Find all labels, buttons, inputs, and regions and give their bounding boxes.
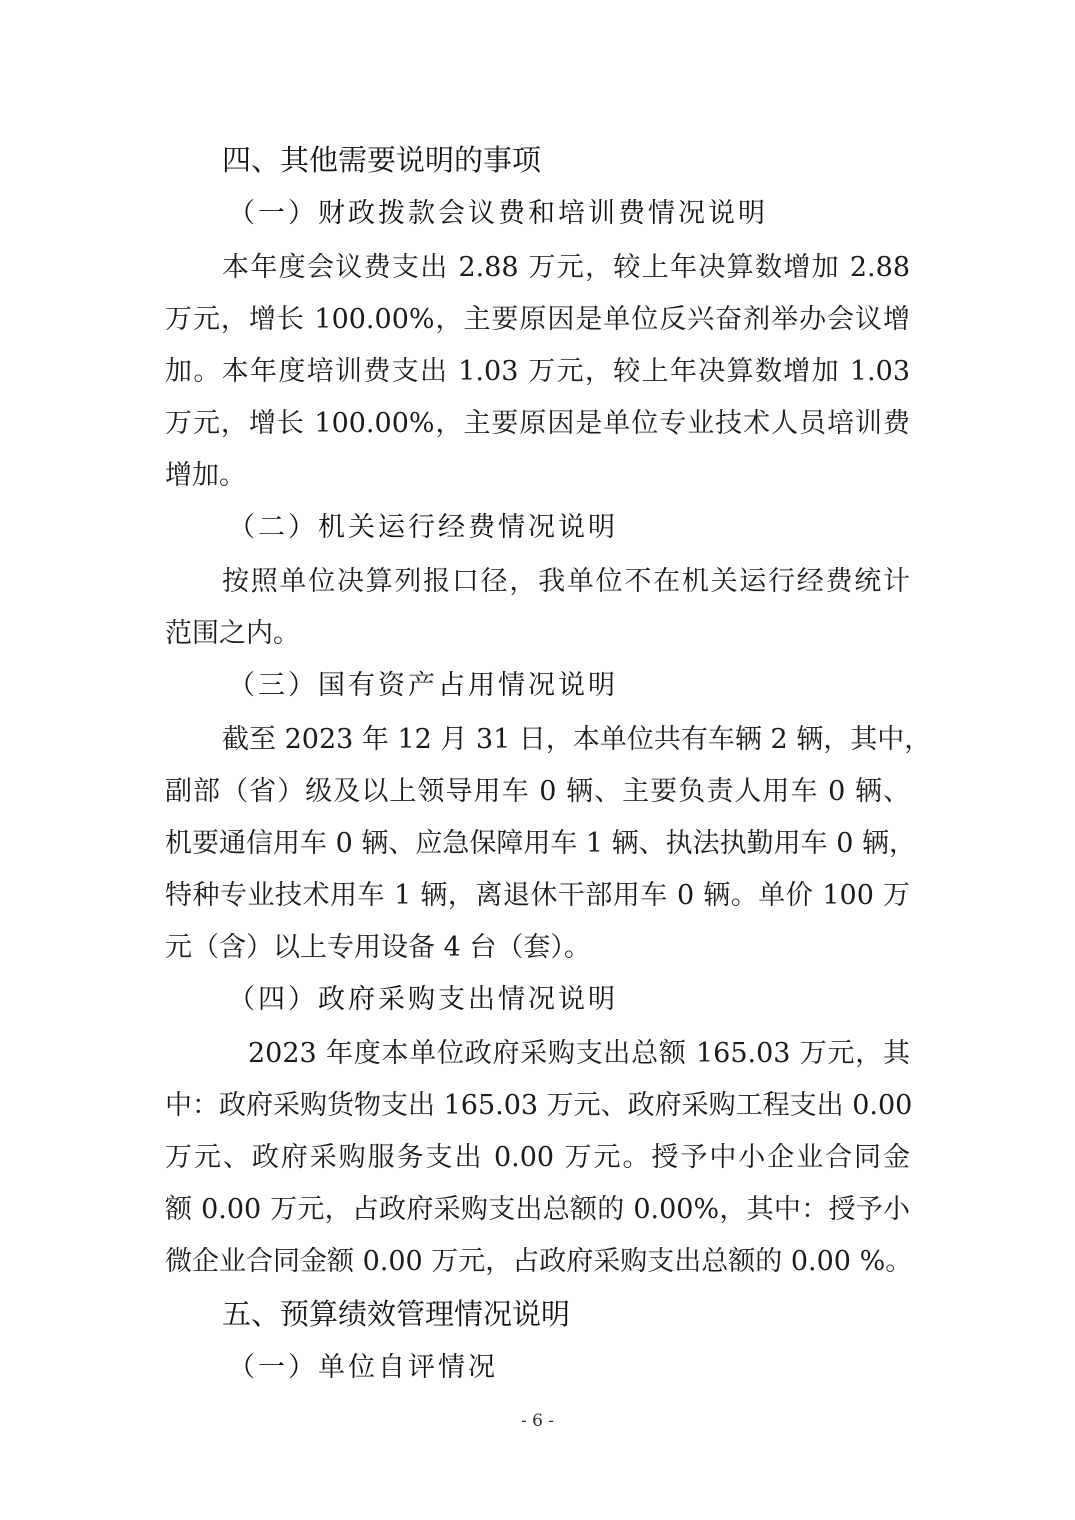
section-heading-4: 四、其他需要说明的事项 [222,142,541,178]
paragraph-line: 范围之内。 [165,616,910,652]
paragraph-line: 机要通信用车 0 辆、应急保障用车 1 辆、执法执勤用车 0 辆， [165,826,910,862]
page-number: - 6 - [0,1410,1075,1432]
paragraph-line: 中：政府采购货物支出 165.03 万元、政府采购工程支出 0.00 [165,1088,910,1124]
paragraph-line: 元（含）以上专用设备 4 台（套）。 [165,930,910,966]
paragraph-line: 特种专业技术用车 1 辆，离退休干部用车 0 辆。单价 100 万 [165,878,910,914]
paragraph-line: 微企业合同金额 0.00 万元，占政府采购支出总额的 0.00 %。 [165,1244,910,1280]
subsection-heading-self-evaluation: （一）单位自评情况 [228,1350,498,1386]
document-page: 四、其他需要说明的事项 （一）财政拨款会议费和培训费情况说明 本年度会议费支出 … [0,0,1075,1520]
paragraph-line: 万元、政府采购服务支出 0.00 万元。授予中小企业合同金 [165,1140,910,1176]
paragraph-line: 2023 年度本单位政府采购支出总额 165.03 万元，其 [248,1036,910,1072]
paragraph-line: 万元，增长 100.00%，主要原因是单位反兴奋剂举办会议增 [165,302,910,338]
paragraph-line: 万元，增长 100.00%，主要原因是单位专业技术人员培训费 [165,406,910,442]
paragraph-line: 加。本年度培训费支出 1.03 万元，较上年决算数增加 1.03 [165,354,910,390]
paragraph-line: 按照单位决算列报口径，我单位不在机关运行经费统计 [222,564,910,600]
paragraph-line: 本年度会议费支出 2.88 万元，较上年决算数增加 2.88 [222,250,910,286]
section-heading-5: 五、预算绩效管理情况说明 [222,1296,570,1332]
subsection-heading-procurement: （四）政府采购支出情况说明 [228,982,618,1018]
paragraph-line: 截至 2023 年 12 月 31 日，本单位共有车辆 2 辆，其中， [222,722,910,758]
paragraph-line: 副部（省）级及以上领导用车 0 辆、主要负责人用车 0 辆、 [165,774,910,810]
paragraph-line: 额 0.00 万元，占政府采购支出总额的 0.00%，其中：授予小 [165,1192,910,1228]
subsection-heading-meeting-training: （一）财政拨款会议费和培训费情况说明 [228,196,768,232]
subsection-heading-state-assets: （三）国有资产占用情况说明 [228,668,618,704]
subsection-heading-operating-expenses: （二）机关运行经费情况说明 [228,510,618,546]
paragraph-line: 增加。 [165,458,910,494]
